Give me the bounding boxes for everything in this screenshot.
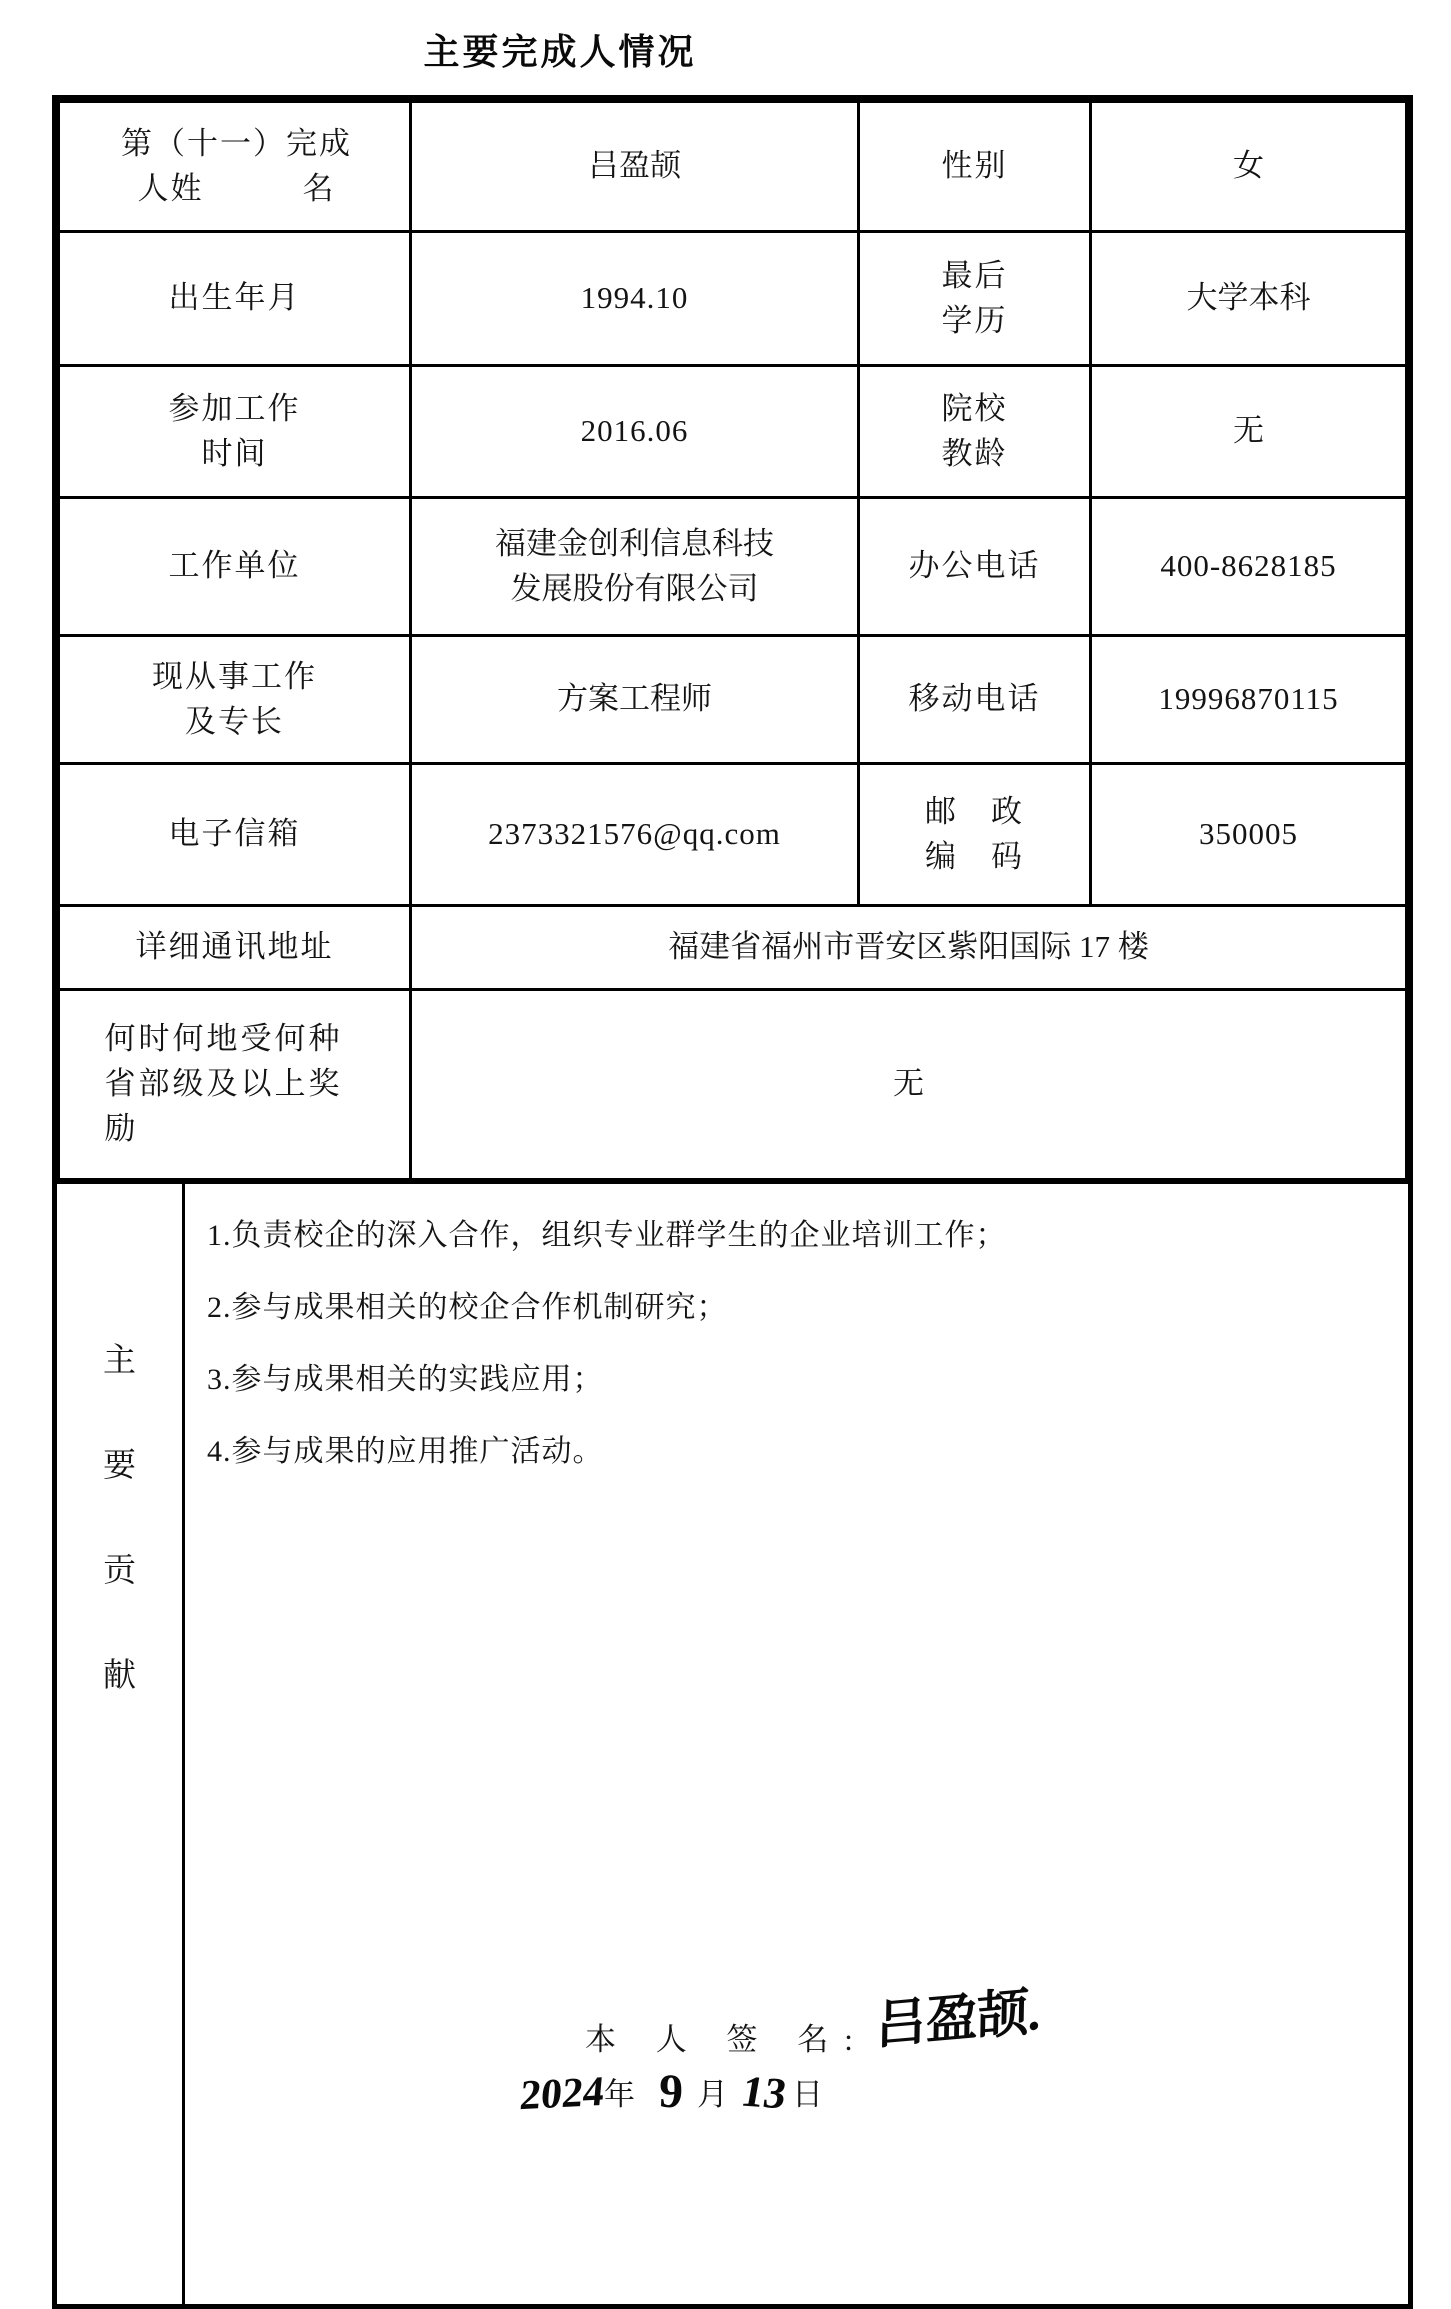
completer-info-table: 第（十一）完成 人姓 名 吕盈颉 性别 女 出生年月 1994.10 最后 学历… <box>52 95 1413 2309</box>
contribution-item: 4.参与成果的应用推广活动。 <box>207 1416 1398 1488</box>
field-label-employer: 工作单位 <box>59 498 411 636</box>
table-row-employer: 工作单位 福建金创利信息科技 发展股份有限公司 办公电话 400-8628185 <box>59 498 1407 636</box>
contribution-content: 1.负责校企的深入合作，组织专业群学生的企业培训工作； 2.参与成果相关的校企合… <box>185 1184 1408 2304</box>
field-value-mobile: 19996870115 <box>1091 636 1407 764</box>
signature-line: 本 人 签 名:吕盈颉. <box>585 1990 1040 2065</box>
field-label-gender: 性别 <box>859 102 1091 232</box>
date-day-handwritten: 13 <box>738 2066 791 2120</box>
contribution-item: 2.参与成果相关的校企合作机制研究； <box>207 1272 1398 1344</box>
table-row-address: 详细通讯地址 福建省福州市晋安区紫阳国际 17 楼 <box>59 906 1407 990</box>
table-row-name: 第（十一）完成 人姓 名 吕盈颉 性别 女 <box>59 102 1407 232</box>
table-row-email: 电子信箱 2373321576@qq.com 邮 政 编 码 350005 <box>59 764 1407 906</box>
field-value-office-phone: 400-8628185 <box>1091 498 1407 636</box>
field-label-mobile: 移动电话 <box>859 636 1091 764</box>
date-year-unit: 年 <box>604 2077 635 2112</box>
field-label-email: 电子信箱 <box>59 764 411 906</box>
field-value-education: 大学本科 <box>1091 232 1407 366</box>
contribution-item: 3.参与成果相关的实践应用； <box>207 1344 1398 1416</box>
field-label-workstart: 参加工作 时间 <box>59 366 411 498</box>
field-value-address: 福建省福州市晋安区紫阳国际 17 楼 <box>411 906 1407 990</box>
contribution-header-char: 贡 <box>103 1544 136 1591</box>
field-value-gender: 女 <box>1091 102 1407 232</box>
field-value-name: 吕盈颉 <box>411 102 859 232</box>
field-label-award: 何时何地受何种省部级及以上奖励 <box>59 990 411 1180</box>
field-value-teaching-age: 无 <box>1091 366 1407 498</box>
field-label-postcode: 邮 政 编 码 <box>859 764 1091 906</box>
table-row-birth: 出生年月 1994.10 最后 学历 大学本科 <box>59 232 1407 366</box>
field-label-address: 详细通讯地址 <box>59 906 411 990</box>
date-day-unit: 日 <box>792 2077 823 2112</box>
table-row-contribution: 主 要 贡 献 1.负责校企的深入合作，组织专业群学生的企业培训工作； 2.参与… <box>57 1181 1408 2304</box>
field-label-teaching-age: 院校 教龄 <box>859 366 1091 498</box>
field-value-workstart: 2016.06 <box>411 366 859 498</box>
signature-handwritten-name: 吕盈颉. <box>875 1969 1041 2059</box>
contribution-header: 主 要 贡 献 <box>57 1184 185 2304</box>
date-month-handwritten: 9 <box>658 2064 684 2120</box>
signature-date-line: 2024年9月13日 <box>520 2062 823 2117</box>
field-value-postcode: 350005 <box>1091 764 1407 906</box>
contribution-header-char: 要 <box>103 1439 136 1486</box>
table-row-job: 现从事工作 及专长 方案工程师 移动电话 19996870115 <box>59 636 1407 764</box>
field-value-employer: 福建金创利信息科技 发展股份有限公司 <box>411 498 859 636</box>
contribution-item: 1.负责校企的深入合作，组织专业群学生的企业培训工作； <box>207 1200 1398 1272</box>
field-value-email: 2373321576@qq.com <box>411 764 859 906</box>
table-row-workstart: 参加工作 时间 2016.06 院校 教龄 无 <box>59 366 1407 498</box>
field-label-birth: 出生年月 <box>59 232 411 366</box>
field-value-birth: 1994.10 <box>411 232 859 366</box>
field-label-job: 现从事工作 及专长 <box>59 636 411 764</box>
contribution-header-char: 主 <box>103 1334 136 1381</box>
field-value-award: 无 <box>411 990 1407 1180</box>
info-grid: 第（十一）完成 人姓 名 吕盈颉 性别 女 出生年月 1994.10 最后 学历… <box>57 100 1408 1181</box>
field-label-education: 最后 学历 <box>859 232 1091 366</box>
page-title: 主要完成人情况 <box>0 24 1120 75</box>
signature-label: 本 人 签 名: <box>585 2022 869 2057</box>
award-label-text: 何时何地受何种省部级及以上奖励 <box>105 1017 365 1152</box>
contribution-header-char: 献 <box>103 1649 136 1696</box>
field-value-job: 方案工程师 <box>411 636 859 764</box>
table-row-award: 何时何地受何种省部级及以上奖励 无 <box>59 990 1407 1180</box>
field-label-office-phone: 办公电话 <box>859 498 1091 636</box>
date-year-handwritten: 2024 <box>518 2068 606 2121</box>
field-label-name: 第（十一）完成 人姓 名 <box>59 102 411 232</box>
date-month-unit: 月 <box>697 2077 728 2112</box>
